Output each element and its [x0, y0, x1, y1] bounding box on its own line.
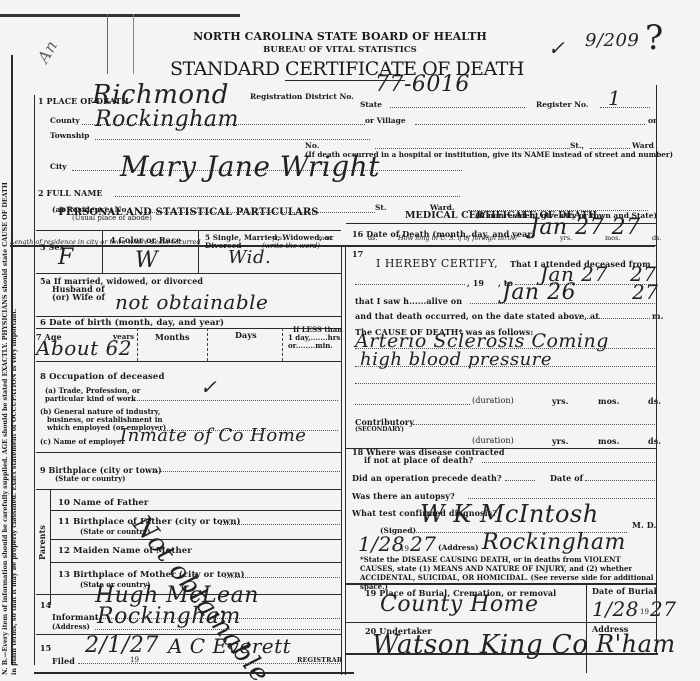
saw-alive-label: that I saw h......alive on [355, 296, 462, 306]
no-label: No. [305, 141, 319, 150]
sign-19: 19 [400, 545, 409, 553]
race-value: W [135, 248, 158, 273]
frame-left-inner [34, 95, 35, 665]
mother-birthplace-label: 13 Birthplace of Mother (city or town) [58, 570, 245, 580]
row-divider-9 [36, 452, 341, 453]
row-divider-12 [50, 539, 341, 540]
cause-line-3-rule [355, 383, 655, 384]
age-divider-2 [207, 328, 209, 361]
less-than-min: or........min. [288, 341, 333, 350]
st-label: St., [570, 141, 584, 150]
spouse-label-3: (or) Wife of [52, 292, 105, 302]
full-name-line [115, 196, 460, 197]
row-divider-10 [36, 489, 341, 490]
race-marital-divider [198, 231, 199, 273]
secondary-label: (SECONDARY) [355, 426, 404, 433]
city-label: City [50, 162, 67, 171]
filed-number: 15 [40, 643, 51, 653]
undertaker-value: Watson King Co [372, 630, 588, 660]
medical-row-divider-20 [346, 622, 656, 623]
county-value: Richmond [92, 80, 229, 110]
board-name: NORTH CAROLINA STATE BOARD OF HEALTH [190, 30, 490, 43]
operation-date-label: Date of [550, 473, 583, 483]
registrar-value: A C Everett [168, 634, 291, 658]
sign-address-value: Rockingham [482, 530, 626, 555]
informant-label: Informant [52, 612, 99, 622]
burial-19: 19 [640, 608, 649, 616]
registration-district-label: Registration District No. [250, 92, 354, 101]
md-label: M. D. [632, 520, 656, 530]
annotation-question: ? [645, 18, 664, 58]
occupation-label: 8 Occupation of deceased [40, 372, 165, 382]
operation-label: Did an operation precede death? [352, 473, 502, 483]
village-line [415, 124, 645, 125]
spouse-value: not obtainable [115, 290, 268, 314]
sign-date: 1/28 [358, 532, 405, 556]
cause-duration-label: (duration) [472, 396, 514, 405]
row-divider-5 [36, 273, 341, 274]
top-left-fold-line-2 [133, 14, 134, 74]
burial-place-value: County Home [380, 592, 539, 617]
dob-label: 6 Date of birth (month, day, and year) [40, 318, 224, 328]
informant-address-value: Rockingham [97, 604, 241, 629]
item-17-number: 17 [352, 249, 363, 259]
attended-from-line [355, 284, 465, 285]
county-label: County [50, 116, 80, 125]
frame-right [656, 85, 657, 655]
contributory-mos: mos. [598, 436, 620, 446]
trade-label-2: particular kind of work [45, 394, 136, 403]
column-divider-2 [345, 245, 346, 675]
contributory-duration-label: (duration) [472, 436, 514, 445]
frame-bottom-right [346, 653, 658, 655]
township-label: Township [50, 131, 89, 140]
personal-section-title: PERSONAL AND STATISTICAL PARTICULARS [36, 207, 341, 218]
cause-mos: mos. [598, 396, 620, 406]
annotation-number: 9/209 [585, 30, 639, 51]
row-divider-8 [36, 361, 341, 362]
death-occurred-label: and that death occurred, on the date sta… [355, 311, 599, 321]
medical-row-divider-19 [346, 583, 656, 585]
parents-divider [50, 489, 51, 605]
registrar-label: REGISTRAR [297, 656, 342, 664]
m-label: m. [652, 311, 663, 321]
frame-bottom [34, 672, 354, 674]
operation-line [505, 480, 535, 481]
contributory-ds: ds. [648, 436, 661, 446]
ward-label: Ward [632, 141, 654, 150]
cause-yrs: yrs. [552, 396, 569, 406]
row-divider-11 [50, 510, 341, 511]
employer-value: Inmate of Co Home [120, 425, 306, 446]
age-divider-3 [282, 328, 284, 361]
sex-value: F [58, 245, 74, 270]
age-divider-1 [137, 328, 139, 361]
registration-district-value: 77-6016 [375, 72, 470, 97]
cause-ds: ds. [648, 396, 661, 406]
column-divider [341, 245, 342, 675]
employer-label: (c) Name of employer [40, 437, 125, 446]
medical-row-divider-17 [346, 245, 656, 246]
contributory-yrs: yrs. [552, 436, 569, 446]
attended-from-19: , 19 [467, 278, 484, 288]
state-label: State [360, 100, 382, 109]
trade-value: ✓ [200, 375, 217, 399]
top-left-fold-line [107, 14, 108, 74]
street-line [375, 148, 570, 149]
filed-label: Filed [52, 656, 75, 666]
q18-line [482, 462, 655, 463]
state-line [390, 107, 525, 108]
cause-duration-line [355, 404, 470, 405]
frame-left-outer [11, 55, 13, 665]
register-no-line [600, 107, 650, 108]
row-divider-13 [50, 562, 341, 563]
physician-signature: W K McIntosh [420, 500, 599, 528]
township-line [95, 139, 370, 140]
contributory-line [413, 424, 655, 425]
bureau-name: BUREAU OF VITAL STATISTICS [190, 45, 490, 55]
certify-label: I HEREBY CERTIFY, [376, 257, 498, 270]
death-time-line [570, 318, 650, 319]
saw-alive-value: Jan 26 [502, 280, 576, 305]
sign-address-label: (Address) [438, 543, 479, 552]
full-name-value: Mary Jane Wright [120, 150, 380, 183]
township-value: Rockingham [95, 107, 239, 132]
age-value: About 62 [36, 336, 132, 360]
operation-date-line [585, 480, 655, 481]
annotation-check: ✓ [548, 36, 565, 60]
marital-value: Wid. [228, 247, 271, 268]
birthplace-line [155, 471, 340, 472]
informant-address-label: (Address) [52, 622, 90, 631]
parents-label: Parents [37, 525, 47, 560]
father-birthplace-line [220, 524, 340, 525]
informant-address-line [95, 629, 340, 630]
trade-line [128, 400, 338, 401]
sex-race-divider [102, 231, 103, 273]
filed-value: 2/1/27 [85, 633, 159, 658]
race-label: 4 Color or Race [110, 235, 181, 245]
row-divider-6 [36, 316, 341, 317]
top-edge-rule [0, 14, 240, 17]
cause-line-2-rule [355, 366, 655, 367]
burial-date-value: 1/28 [592, 597, 639, 621]
father-name-label: 10 Name of Father [58, 498, 148, 508]
birthplace-sub: (State or country) [55, 474, 125, 483]
sign-year: 27 [410, 532, 436, 556]
date-of-death-value: Jan 27 27 [530, 215, 641, 240]
autopsy-line [468, 498, 655, 499]
personal-title-underline [36, 230, 341, 231]
date-of-death-label: 16 Date of Death (month, day, and year) [352, 229, 536, 239]
q18-label-2: if not at place of death? [364, 455, 473, 465]
burial-year: 27 [650, 597, 676, 621]
ward-line [590, 148, 630, 149]
informant-number: 14 [40, 600, 51, 610]
register-no-label: Register No. [536, 100, 588, 109]
days-label: Days [235, 330, 257, 340]
burial-date-label: Date of Burial [592, 586, 657, 596]
full-name-label: 2 FULL NAME [38, 188, 103, 198]
mother-birthplace-line [225, 577, 340, 578]
village-label: or Village [365, 116, 406, 125]
months-label: Months [155, 332, 190, 342]
saw-alive-year: 27 [632, 280, 658, 304]
annotation-initials: An [33, 37, 61, 66]
filed-19: 19 [130, 656, 139, 664]
